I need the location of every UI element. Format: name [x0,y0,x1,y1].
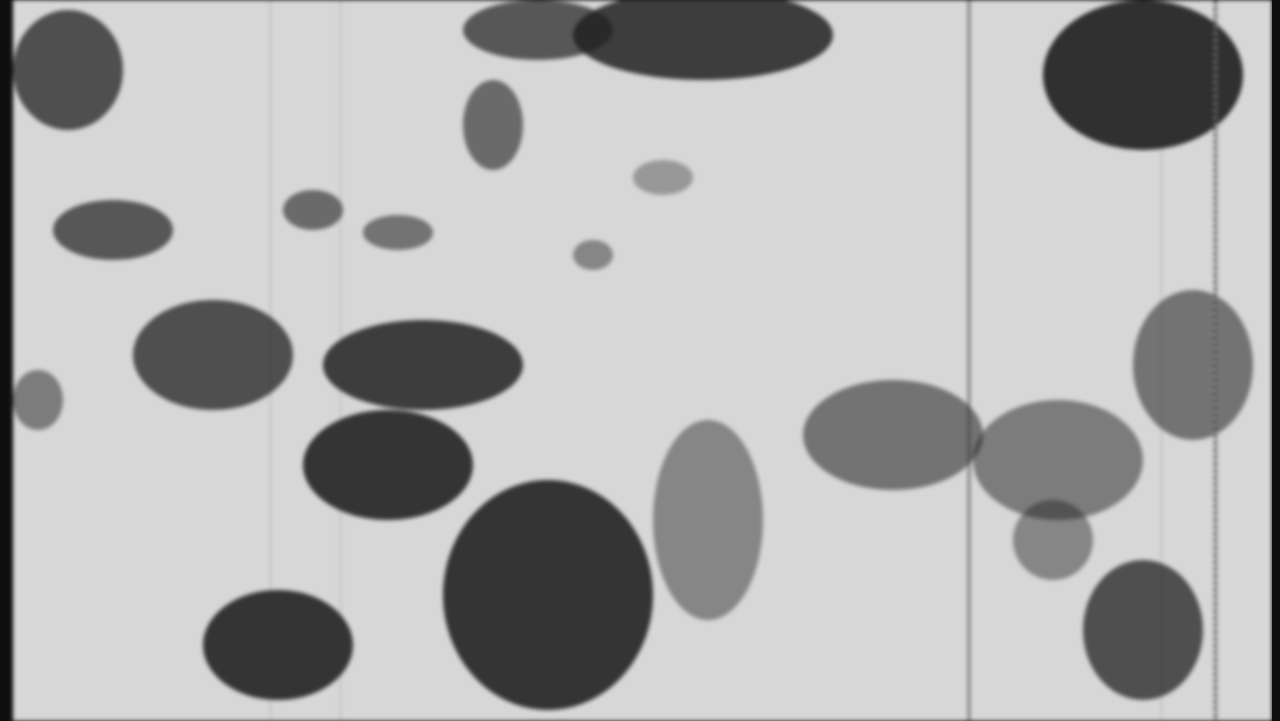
film-scratch [1214,0,1217,721]
film-border-right [1272,0,1280,721]
film-border-left [0,0,13,721]
dark-patch [1083,560,1203,700]
dark-patch [323,320,523,410]
dark-patch [573,0,833,80]
dark-patch [133,300,293,410]
dark-patch [303,410,473,520]
dark-patch [363,215,433,250]
film-scratch [270,0,271,721]
dark-patch [1133,290,1253,440]
dark-patch [13,370,63,430]
dark-patch [573,240,613,270]
dark-patch [1043,0,1243,150]
dark-patch [443,480,653,710]
dark-patch [633,160,693,195]
dark-patch [53,200,173,260]
film-frame [13,0,1272,721]
dark-patch [463,80,523,170]
film-scratch [340,0,341,721]
dark-patch [203,590,353,700]
dark-patch [803,380,983,490]
film-scratch [1161,0,1162,721]
film-scratch [968,0,970,721]
dark-patch [653,420,763,620]
dark-patch [13,10,123,130]
dark-patch [1013,500,1093,580]
dark-patch [283,190,343,230]
